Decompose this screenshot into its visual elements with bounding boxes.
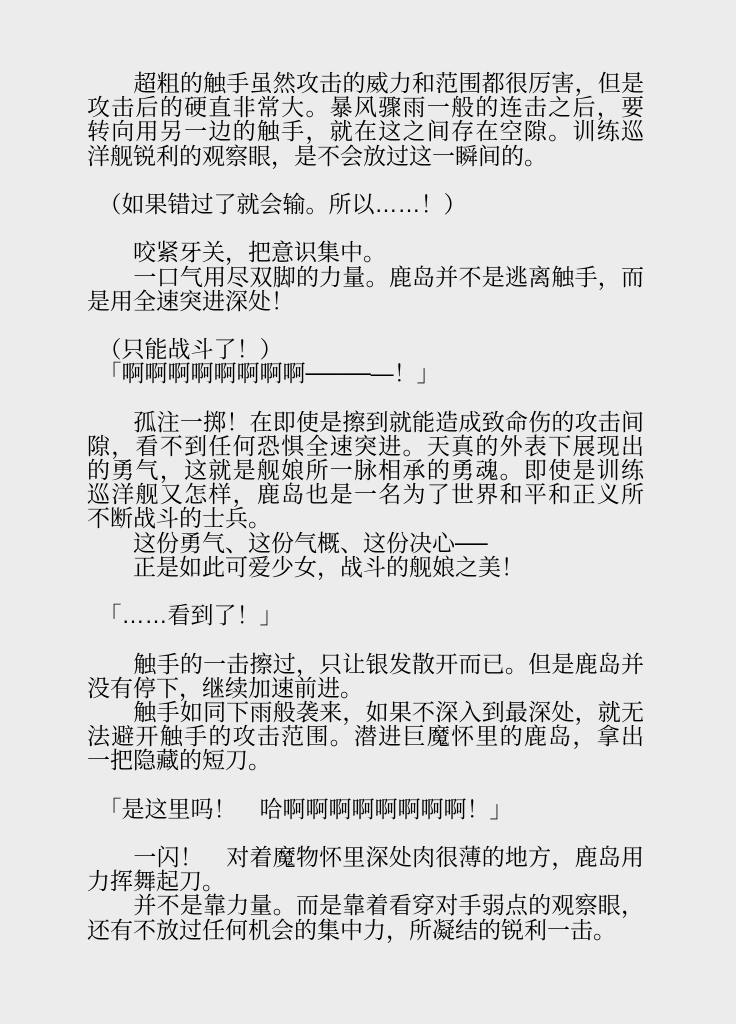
text-line: 是用全速突进深处！ [87,289,644,313]
text-line: 咬紧牙关，把意识集中。 [87,240,644,264]
blank-line [87,579,644,603]
blank-line [87,216,644,240]
paragraph-dialogue: 「是这里吗！ 哈啊啊啊啊啊啊啊啊！」 [87,797,644,821]
text-line: 转向用另一边的触手，就在这之间存在空隙。训练巡 [87,119,644,143]
text-line: 「……看到了！」 [87,603,644,627]
blank-line [87,385,644,409]
paragraph-narrative: 超粗的触手虽然攻击的威力和范围都很厉害，但是攻击后的硬直非常大。暴风骤雨一般的连… [87,71,644,168]
blank-line [87,772,644,796]
text-line: 超粗的触手虽然攻击的威力和范围都很厉害，但是 [87,71,644,95]
text-line: （只能战斗了！） [87,337,644,361]
text-line: 触手的一击擦过，只让银发散开而已。但是鹿岛并 [87,652,644,676]
paragraph-dialogue: 「……看到了！」 [87,603,644,627]
text-line: 法避开触手的攻击范围。潜进巨魔怀里的鹿岛，拿出 [87,724,644,748]
paragraph-narrative: 一闪！ 对着魔物怀里深处肉很薄的地方，鹿岛用力挥舞起刀。 [87,845,644,893]
text-line: 一把隐藏的短刀。 [87,748,644,772]
text-line: 触手如同下雨般袭来，如果不深入到最深处，就无 [87,700,644,724]
blank-line [87,627,644,651]
paragraph-thought: （只能战斗了！） [87,337,644,361]
text-line: 隙，看不到任何恐惧全速突进。天真的外表下展现出 [87,434,644,458]
text-line: 正是如此可爱少女，战斗的舰娘之美！ [87,555,644,579]
text-line: 没有停下，继续加速前进。 [87,676,644,700]
paragraph-narrative: 孤注一掷！在即使是擦到就能造成致命伤的攻击间隙，看不到任何恐惧全速突进。天真的外… [87,410,644,531]
text-line: （如果错过了就会输。所以……！） [87,192,644,216]
text-line: 一口气用尽双脚的力量。鹿岛并不是逃离触手，而 [87,265,644,289]
paragraph-narrative: 一口气用尽双脚的力量。鹿岛并不是逃离触手，而是用全速突进深处！ [87,265,644,313]
reader-page: 超粗的触手虽然攻击的威力和范围都很厉害，但是攻击后的硬直非常大。暴风骤雨一般的连… [0,0,644,942]
text-line: 孤注一掷！在即使是擦到就能造成致命伤的攻击间 [87,410,644,434]
text-line: 「啊啊啊啊啊啊啊啊────—！」 [87,361,644,385]
blank-line [87,313,644,337]
text-line: 「是这里吗！ 哈啊啊啊啊啊啊啊啊！」 [87,797,644,821]
text-line: 力挥舞起刀。 [87,869,644,893]
text-line: 还有不放过任何机会的集中力，所凝结的锐利一击。 [87,918,644,942]
paragraph-narrative: 触手如同下雨般袭来，如果不深入到最深处，就无法避开触手的攻击范围。潜进巨魔怀里的… [87,700,644,773]
text-line: 并不是靠力量。而是靠着看穿对手弱点的观察眼， [87,893,644,917]
text-line: 一闪！ 对着魔物怀里深处肉很薄的地方，鹿岛用 [87,845,644,869]
paragraph-narrative: 咬紧牙关，把意识集中。 [87,240,644,264]
text-line: 攻击后的硬直非常大。暴风骤雨一般的连击之后，要 [87,95,644,119]
paragraph-narrative: 正是如此可爱少女，战斗的舰娘之美！ [87,555,644,579]
blank-line [87,168,644,192]
text-line: 不断战斗的士兵。 [87,506,644,530]
paragraph-dialogue: 「啊啊啊啊啊啊啊啊────—！」 [87,361,644,385]
paragraph-narrative: 触手的一击擦过，只让银发散开而已。但是鹿岛并没有停下，继续加速前进。 [87,652,644,700]
page-content: 超粗的触手虽然攻击的威力和范围都很厉害，但是攻击后的硬直非常大。暴风骤雨一般的连… [87,71,644,942]
text-line: 洋舰锐利的观察眼，是不会放过这一瞬间的。 [87,144,644,168]
paragraph-narrative: 并不是靠力量。而是靠着看穿对手弱点的观察眼，还有不放过任何机会的集中力，所凝结的… [87,893,644,941]
paragraph-thought: （如果错过了就会输。所以……！） [87,192,644,216]
text-line: 这份勇气、这份气概、这份决心── [87,531,644,555]
text-line: 巡洋舰又怎样，鹿岛也是一名为了世界和平和正义所 [87,482,644,506]
text-line: 的勇气，这就是舰娘所一脉相承的勇魂。即使是训练 [87,458,644,482]
blank-line [87,821,644,845]
paragraph-narrative: 这份勇气、这份气概、这份决心── [87,531,644,555]
